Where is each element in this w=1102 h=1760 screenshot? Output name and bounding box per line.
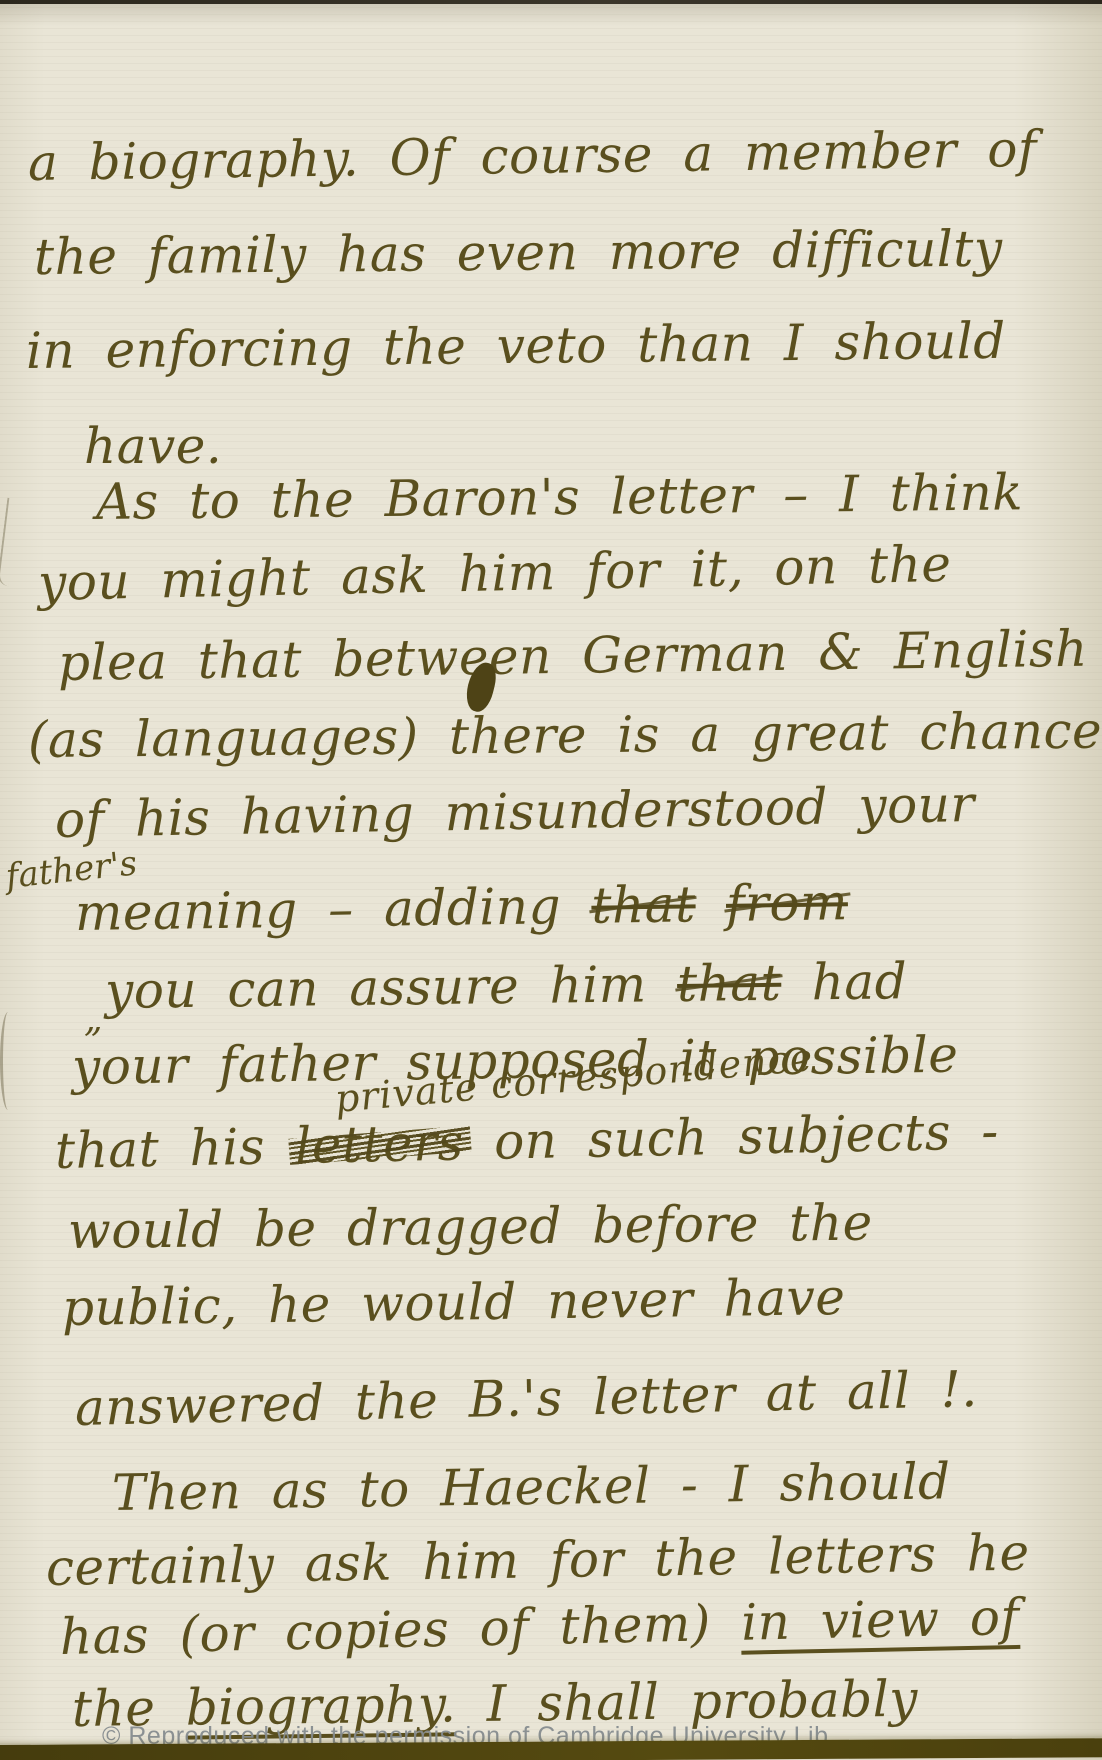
- scan-top-edge: [0, 0, 1102, 4]
- word-run: has (or copies of them): [59, 1598, 711, 1662]
- word-run: answered the B.'s letter at all !.: [74, 1364, 978, 1433]
- manuscript-line: that his letters on such subjects -: [54, 1106, 999, 1176]
- underlined-word: in view of: [741, 1592, 1020, 1655]
- word-run: that his: [54, 1122, 265, 1176]
- manuscript-line: has (or copies of them) in view of: [59, 1592, 1020, 1669]
- manuscript-page: a biography. Of course a member ofthe fa…: [0, 0, 1102, 1760]
- manuscript-line: (as languages) there is a great chance: [28, 706, 1102, 765]
- word-run: have.: [84, 421, 222, 471]
- word-run: you can assure him: [105, 959, 647, 1016]
- manuscript-line: „: [84, 1002, 103, 1038]
- word-run: you might ask him for it, on the: [37, 539, 951, 608]
- manuscript-line: public, he would never have: [62, 1272, 846, 1333]
- word-run: (as languages) there is a great chance: [28, 706, 1102, 765]
- word-run: plea that between German & English: [58, 624, 1088, 688]
- manuscript-line: the family has even more difficulty: [34, 224, 1003, 282]
- word-run: in enforcing the veto than I should: [26, 316, 1006, 376]
- word-run: had: [811, 956, 907, 1007]
- word-run: „: [84, 1002, 103, 1038]
- manuscript-line: you can assure him that had: [105, 956, 908, 1016]
- word-run: the family has even more difficulty: [34, 224, 1003, 282]
- manuscript-line: you might ask him for it, on the: [37, 539, 951, 608]
- manuscript-line: a biography. Of course a member of: [28, 124, 1038, 188]
- word-run: on such subjects -: [494, 1106, 1000, 1167]
- manuscript-line: As to the Baron's letter – I think: [96, 467, 1024, 527]
- word-run: Then as to Haeckel - I should: [112, 1456, 951, 1518]
- word-run: of his having misunderstood your: [55, 779, 976, 845]
- struck-word: that: [591, 879, 696, 930]
- word-run: As to the Baron's letter – I think: [96, 467, 1024, 527]
- struck-word: letters: [295, 1117, 464, 1171]
- manuscript-line: plea that between German & English: [58, 624, 1088, 688]
- binding-mark: [0, 1012, 16, 1110]
- manuscript-line: would be dragged before the: [68, 1198, 873, 1256]
- word-run: public, he would never have: [62, 1272, 846, 1333]
- word-run: certainly ask him for the letters he: [46, 1528, 1030, 1593]
- manuscript-line: answered the B.'s letter at all !.: [74, 1364, 978, 1433]
- word-run: a biography. Of course a member of: [28, 124, 1038, 188]
- struck-word: that: [677, 958, 782, 1009]
- manuscript-line: have.: [84, 421, 222, 471]
- manuscript-line: meaning – adding that from: [75, 877, 849, 938]
- struck-word: from: [726, 877, 849, 929]
- word-run: I shall probably: [486, 1674, 918, 1729]
- manuscript-line: certainly ask him for the letters he: [46, 1528, 1030, 1593]
- word-run: meaning – adding: [75, 881, 562, 938]
- manuscript-line: in enforcing the veto than I should: [26, 316, 1006, 376]
- binding-mark: [0, 498, 19, 587]
- manuscript-line: of his having misunderstood your: [55, 779, 976, 845]
- manuscript-line: Then as to Haeckel - I should: [112, 1456, 951, 1518]
- word-run: would be dragged before the: [68, 1198, 873, 1256]
